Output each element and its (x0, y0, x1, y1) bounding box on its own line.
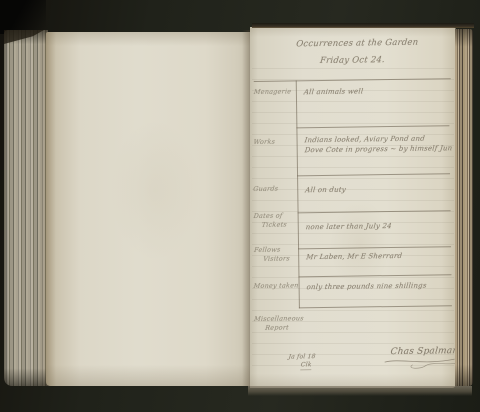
row-entry: only three pounds nine shillings (306, 282, 427, 292)
photographed-ledger-scene: Occurrences at the Garden Friday Oct 24.… (0, 0, 480, 412)
row-separator (297, 173, 450, 176)
row-separator (298, 274, 451, 277)
clerk-initials: Clk (300, 361, 312, 370)
book-bottom-shadow (248, 386, 472, 396)
row-label: Dates of (253, 212, 283, 220)
clerk-note: Ja fol 18 (288, 353, 316, 360)
page-edges-left (4, 30, 48, 386)
row-entry: All on duty (305, 186, 347, 195)
row-entry: Indians looked, Aviary Pond and (304, 135, 425, 145)
row-entry: Dove Cote in progress ~ by himself Jun (304, 144, 453, 154)
header-title: Occurrences at the Garden (286, 37, 429, 49)
row-separator (298, 210, 451, 213)
page-edges-right (455, 29, 473, 386)
left-page-blank (46, 32, 250, 386)
dark-background-corner (0, 0, 46, 34)
row-separator (299, 305, 452, 308)
row-label: Report (265, 323, 290, 331)
row-label: Tickets (261, 220, 287, 228)
column-divider (296, 80, 300, 308)
row-separator (296, 125, 449, 128)
row-entry: All animals well (303, 87, 363, 96)
row-label: Money taken (253, 281, 299, 290)
row-label: Menagerie (253, 87, 291, 96)
row-label: Visitors (263, 254, 291, 262)
row-entry: none later than July 24 (305, 222, 392, 231)
header-date: Friday Oct 24. (292, 55, 413, 67)
row-entry: Mr Laben, Mr E Sherrard (306, 252, 403, 261)
header-rule (254, 78, 451, 82)
row-label: Guards (253, 185, 279, 193)
signature-flourish-icon (383, 355, 459, 370)
cover-top-edge (252, 23, 474, 28)
ledger-table: Occurrences at the Garden Friday Oct 24.… (248, 25, 459, 389)
row-separator (298, 246, 451, 249)
row-label: Miscellaneous (254, 314, 305, 323)
row-label: Works (253, 138, 275, 146)
row-label: Fellows (254, 246, 281, 254)
